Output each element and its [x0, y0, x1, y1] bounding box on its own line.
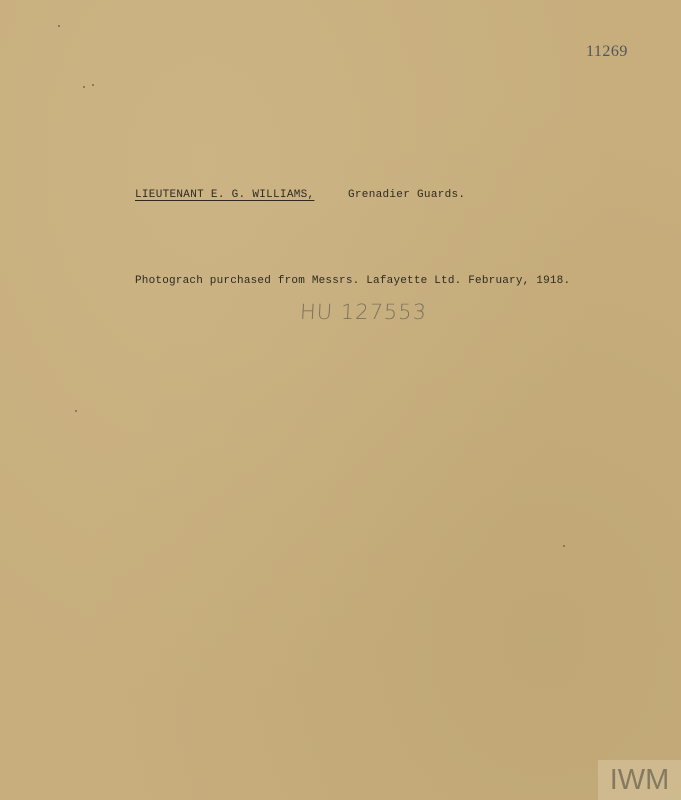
iwm-watermark: IWM — [598, 760, 681, 800]
catalogue-number: 11269 — [586, 43, 628, 61]
subject-name-text: LIEUTENANT E. G. WILLIAMS, — [135, 189, 326, 201]
source-note: Photograch purchased from Messrs. Lafaye… — [135, 275, 570, 287]
paper-speck — [563, 545, 565, 547]
subject-name: LIEUTENANT E. G. WILLIAMS, — [135, 189, 326, 201]
paper-speck — [92, 84, 94, 86]
handwritten-reference: HU 127553 — [299, 300, 427, 324]
paper-speck — [75, 410, 77, 412]
regiment: Grenadier Guards. — [348, 189, 465, 201]
paper-speck — [58, 25, 60, 27]
paper-speck — [83, 86, 85, 88]
archive-card: 11269 LIEUTENANT E. G. WILLIAMS, Grenadi… — [0, 0, 681, 800]
